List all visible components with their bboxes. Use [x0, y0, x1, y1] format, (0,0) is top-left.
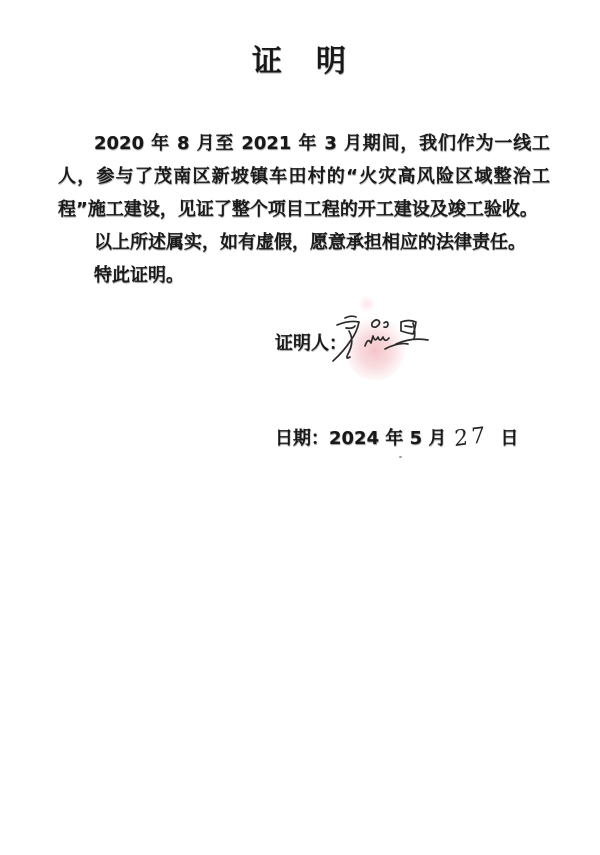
paragraph-hereby-certify: 特此证明。 — [58, 259, 550, 292]
scan-noise-dot — [399, 456, 402, 458]
date-label: 日期： — [275, 424, 329, 450]
document-title: 证 明 — [0, 36, 600, 80]
paragraph-truth-declaration: 以上所述属实，如有虚假，愿意承担相应的法律责任。 — [58, 226, 550, 259]
scanned-certificate-page: 证 明 2020 年 8 月至 2021 年 3 月期间，我们作为一线工人，参与… — [0, 0, 600, 855]
date-suffix: 日 — [500, 424, 518, 450]
date-line: 日期：2024 年 5 月27日 — [275, 424, 518, 450]
date-printed-part: 2024 年 5 月 — [329, 424, 446, 450]
handwritten-signature — [328, 311, 434, 367]
document-body: 2020 年 8 月至 2021 年 3 月期间，我们作为一线工人，参与了茂南区… — [58, 127, 550, 292]
date-handwritten-day: 27 — [454, 423, 488, 452]
paragraph-project-statement: 2020 年 8 月至 2021 年 3 月期间，我们作为一线工人，参与了茂南区… — [58, 127, 550, 226]
